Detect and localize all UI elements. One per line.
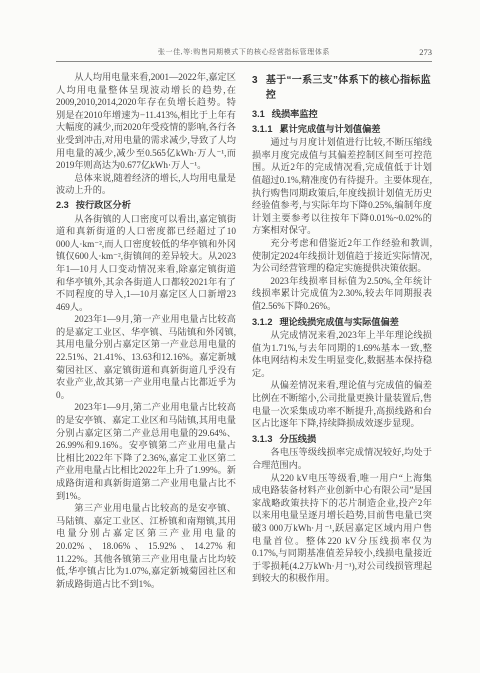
heading-2-3-number: 2.3 xyxy=(56,199,69,212)
heading-2-3: 2.3 按行政区分析 xyxy=(56,199,236,212)
heading-3-1-1-number: 3.1.1 xyxy=(252,123,272,136)
heading-3-1-2-title: 理论线损完成值与实际值偏差 xyxy=(279,316,398,329)
page-header: 张一佳,等:购售同期模式下的核心经营指标管理体系 273 xyxy=(56,46,432,59)
left-para-tertiary-industry: 第三产业用电量占比较高的是安亭镇、马陆镇、嘉定工业区、江桥镇和南翔镇,其用电量分… xyxy=(56,502,236,590)
left-para-secondary-industry: 2023年1—9月,第二产业用电量占比较高的是安亭镇、嘉定工业区和马陆镇,其用电… xyxy=(56,401,236,502)
right-para-voltage-levels: 各电压等级线损率完成情况较好,均处于合理范围内。 xyxy=(252,446,432,471)
content-columns: 从人均用电量来看,2001—2022年,嘉定区人均用电量整体呈现波动增长的趋势,… xyxy=(56,71,432,590)
left-para-summary: 总体来说,随着经济的增长,人均用电量是波动上升的。 xyxy=(56,172,236,197)
heading-3-number: 3 xyxy=(252,73,258,103)
page-content: 张一佳,等:购售同期模式下的核心经营指标管理体系 273 从人均用电量来看,20… xyxy=(56,46,432,590)
right-para-theoretical-loss: 从完成情况来看,2023年上半年理论线损值为1.71%,与去年同期的1.69%基… xyxy=(252,329,432,379)
heading-3-1-1: 3.1.1 累计完成值与计划值偏差 xyxy=(252,123,432,136)
right-para-220kv: 从220 kV电压等级看,唯一用户“上海集成电路装备材料产业创新中心有限公司”是… xyxy=(252,472,432,585)
heading-3-1-3-number: 3.1.3 xyxy=(252,433,272,446)
heading-3-1-2: 3.1.2 理论线损完成值与实际值偏差 xyxy=(252,316,432,329)
heading-3-title: 基于“一系三支”体系下的核心指标监控 xyxy=(266,73,432,103)
heading-3-1-3: 3.1.3 分压线损 xyxy=(252,433,432,446)
right-para-monthly-plan: 通过与月度计划值进行比较,不断压缩线损率月度完成值与其偏差控制区间至可控范围。从… xyxy=(252,136,432,237)
heading-3-1-1-title: 累计完成值与计划值偏差 xyxy=(279,123,380,136)
page-number: 273 xyxy=(419,46,432,59)
right-para-2024-plan: 充分考虑和借鉴近2年工作经验和教训,使制定2024年线损计划值趋于接近实际情况,… xyxy=(252,237,432,275)
heading-3-1: 3.1 线损率监控 xyxy=(252,108,432,121)
left-column: 从人均用电量来看,2001—2022年,嘉定区人均用电量整体呈现波动增长的趋势,… xyxy=(56,71,236,590)
paper-page: 张一佳,等:购售同期模式下的核心经营指标管理体系 273 从人均用电量来看,20… xyxy=(0,0,480,673)
right-column: 3 基于“一系三支”体系下的核心指标监控 3.1 线损率监控 3.1.1 累计完… xyxy=(252,71,432,590)
heading-2-3-title: 按行政区分析 xyxy=(76,199,131,212)
heading-3-1-number: 3.1 xyxy=(252,108,265,121)
heading-section-3: 3 基于“一系三支”体系下的核心指标监控 xyxy=(252,73,432,103)
header-rule xyxy=(56,61,432,62)
right-para-2023-target: 2023年线损率目标值为2.50%,全年统计线损率累计完成值为2.30%,较去年… xyxy=(252,275,432,313)
left-para-per-capita: 从人均用电量来看,2001—2022年,嘉定区人均用电量整体呈现波动增长的趋势,… xyxy=(56,71,236,172)
left-para-primary-industry: 2023年1—9月,第一产业用电量占比较高的是嘉定工业区、华亭镇、马陆镇和外冈镇… xyxy=(56,313,236,401)
running-title: 张一佳,等:购售同期模式下的核心经营指标管理体系 xyxy=(56,46,432,59)
heading-3-1-title: 线损率监控 xyxy=(272,108,318,121)
heading-3-1-2-number: 3.1.2 xyxy=(252,316,272,329)
heading-3-1-3-title: 分压线损 xyxy=(279,433,316,446)
right-para-deviation: 从偏差情况来看,理论值与完成值的偏差比例在不断缩小,公司批量更换计量装置后,售电… xyxy=(252,379,432,429)
left-para-population-density: 从各街镇的人口密度可以看出,嘉定镇街道和真新街道的人口密度都已经超过了10 00… xyxy=(56,213,236,314)
